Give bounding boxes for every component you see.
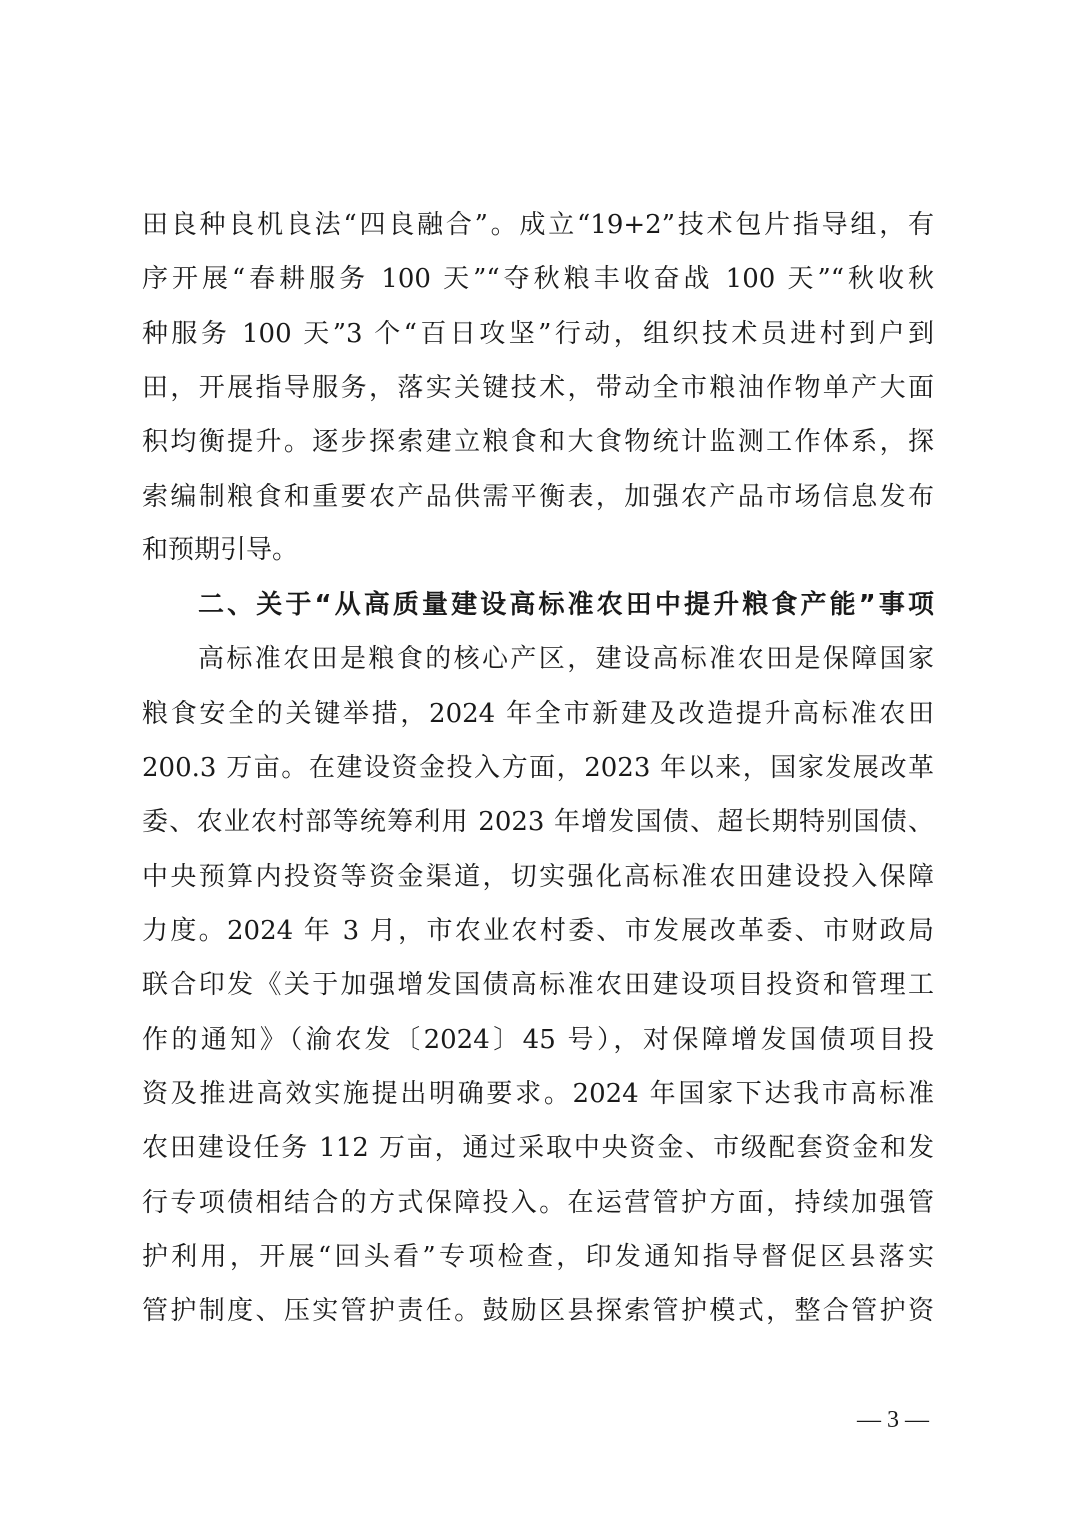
- page-number: — 3 —: [848, 1405, 938, 1435]
- text-line: 种服务 100 天”3 个“百日攻坚”行动，组织技术员进村到户到: [142, 307, 934, 361]
- text-line: 积均衡提升。逐步探索建立粮食和大食物统计监测工作体系，探: [142, 415, 934, 469]
- text-line: 护利用，开展“回头看”专项检查，印发通知指导督促区县落实: [142, 1230, 934, 1284]
- text-line: 资及推进高效实施提出明确要求。2024 年国家下达我市高标准: [142, 1067, 934, 1121]
- document-page: 田良种良机良法“四良融合”。成立“19+2”技术包片指导组，有 序开展“春耕服务…: [0, 0, 1074, 1520]
- section-heading: 二、关于“从高质量建设高标准农田中提升粮食产能”事项: [198, 578, 934, 632]
- text-line: 联合印发《关于加强增发国债高标准农田建设项目投资和管理工: [142, 958, 934, 1012]
- text-line: 行专项债相结合的方式保障投入。在运营管护方面，持续加强管: [142, 1176, 934, 1230]
- text-line: 高标准农田是粮食的核心产区，建设高标准农田是保障国家: [198, 632, 934, 686]
- text-line: 力度。2024 年 3 月，市农业农村委、市发展改革委、市财政局: [142, 904, 934, 958]
- text-line: 200.3 万亩。在建设资金投入方面，2023 年以来，国家发展改革: [142, 741, 934, 795]
- text-line: 管护制度、压实管护责任。鼓励区县探索管护模式，整合管护资: [142, 1284, 934, 1338]
- text-line: 序开展“春耕服务 100 天”“夺秋粮丰收奋战 100 天”“秋收秋: [142, 252, 934, 306]
- text-line: 索编制粮食和重要农产品供需平衡表，加强农产品市场信息发布: [142, 470, 934, 524]
- text-line: 作的通知》（渝农发〔2024〕45 号），对保障增发国债项目投: [142, 1013, 934, 1067]
- text-line: 和预期引导。: [142, 523, 934, 577]
- text-line: 田，开展指导服务，落实关键技术，带动全市粮油作物单产大面: [142, 361, 934, 415]
- text-line: 粮食安全的关键举措，2024 年全市新建及改造提升高标准农田: [142, 687, 934, 741]
- text-line: 委、农业农村部等统筹利用 2023 年增发国债、超长期特别国债、: [142, 795, 934, 849]
- text-line: 中央预算内投资等资金渠道，切实强化高标准农田建设投入保障: [142, 850, 934, 904]
- text-line: 农田建设任务 112 万亩，通过采取中央资金、市级配套资金和发: [142, 1121, 934, 1175]
- text-line: 田良种良机良法“四良融合”。成立“19+2”技术包片指导组，有: [142, 198, 934, 252]
